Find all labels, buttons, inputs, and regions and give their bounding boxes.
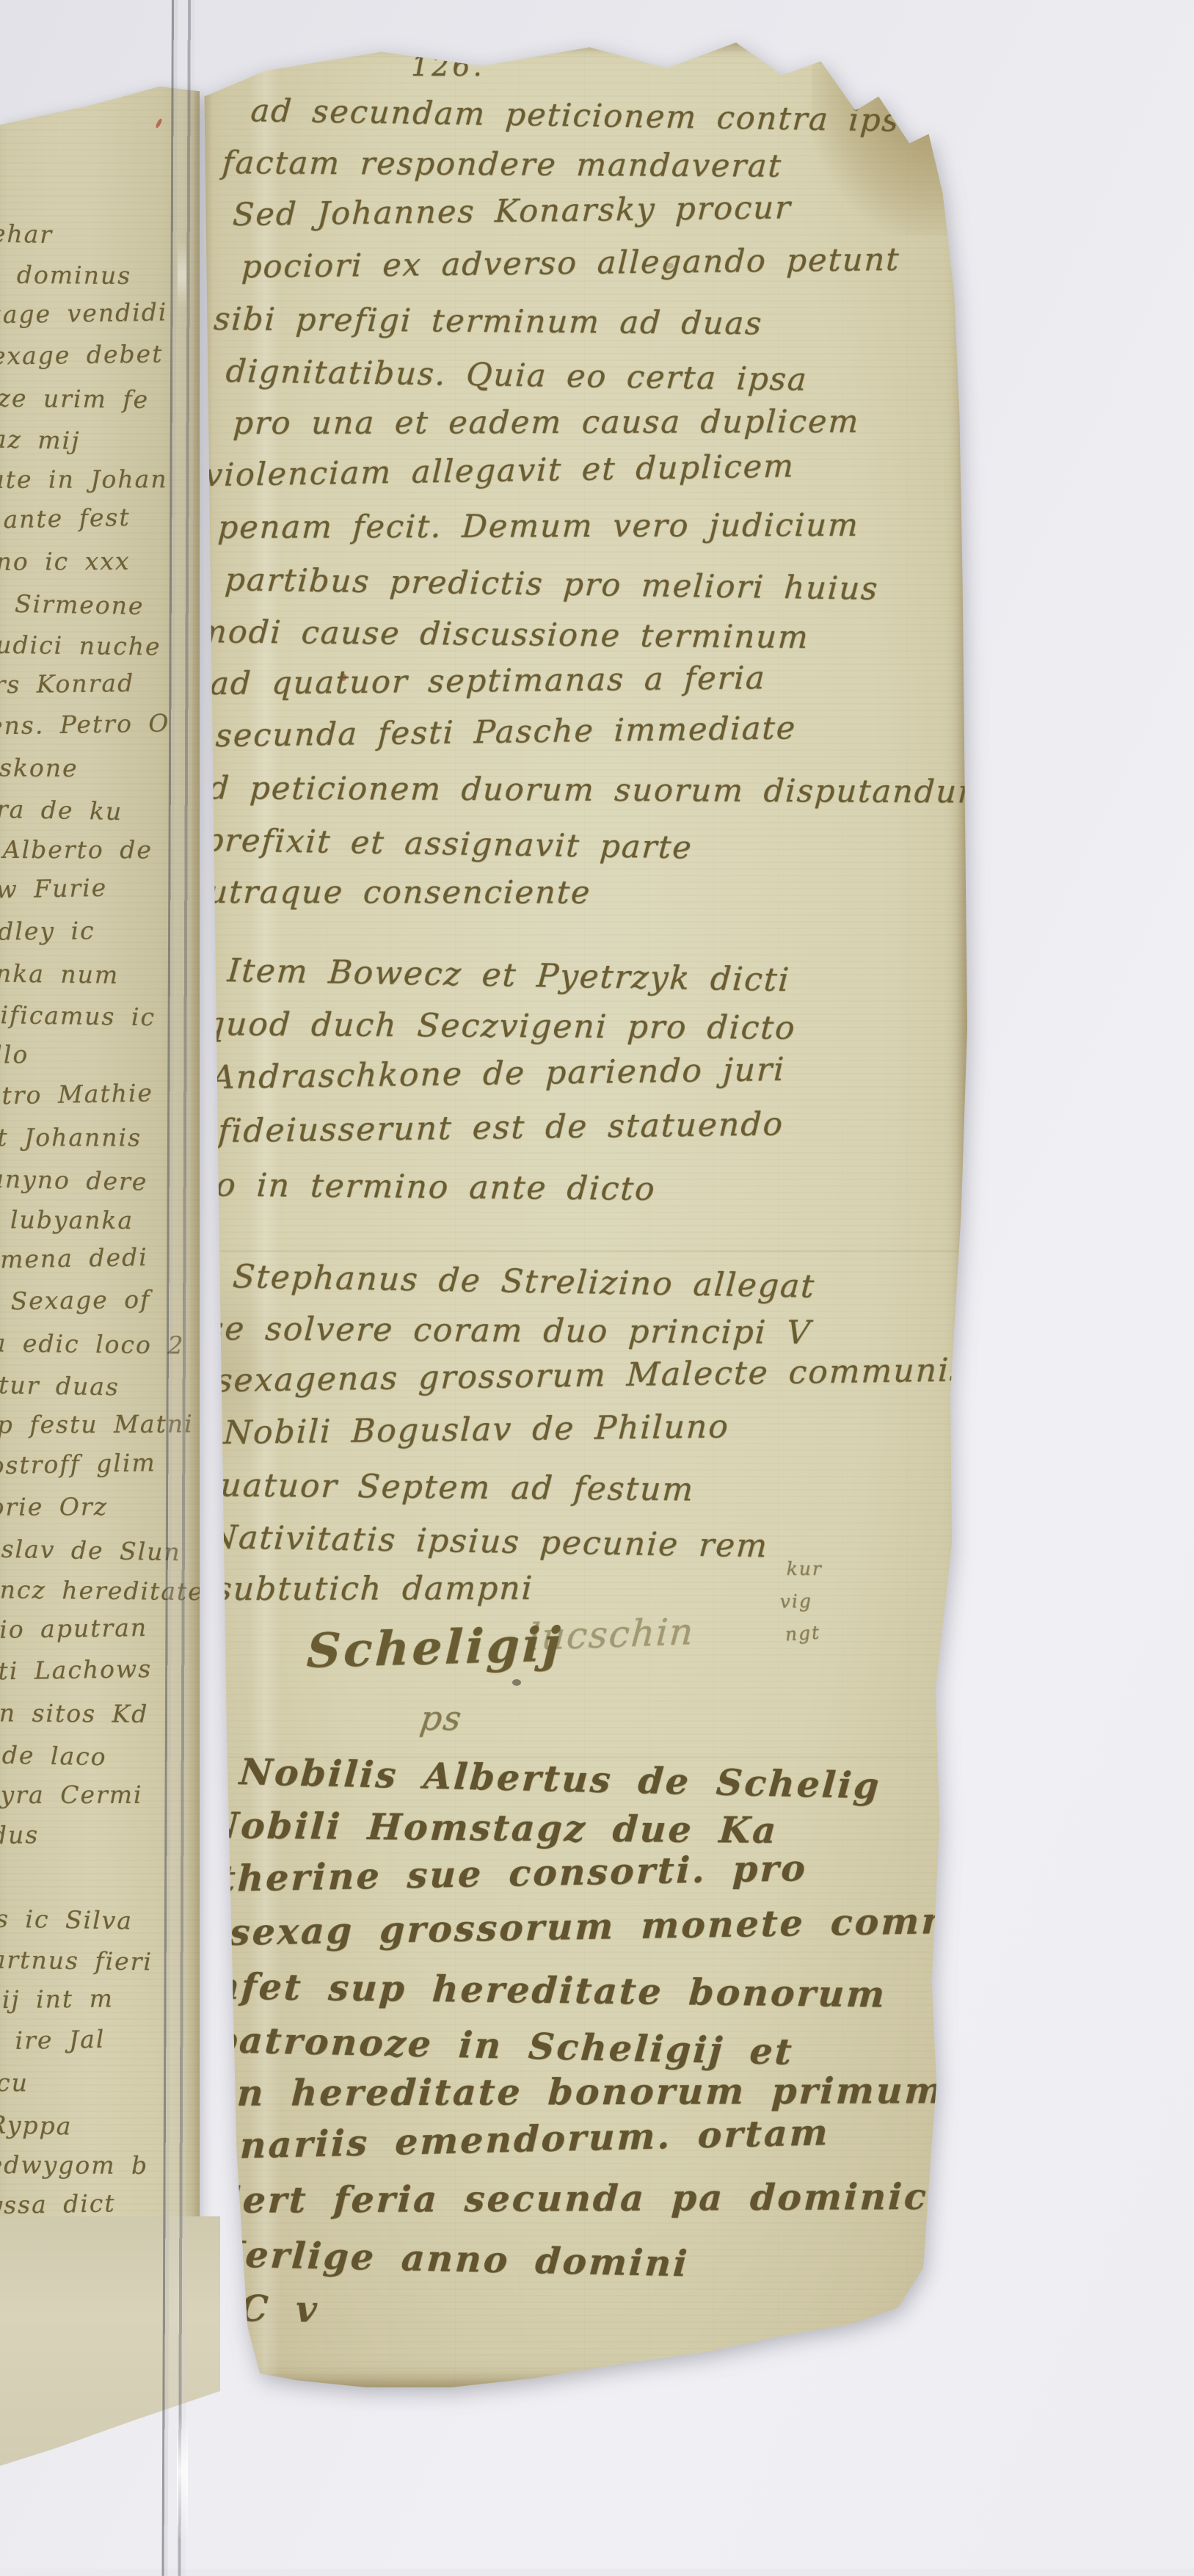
margin-note-line: kur bbox=[787, 1553, 823, 1585]
paragraph-entry-2: Item Bowecz et Pyetrzyk dictiquod duch S… bbox=[204, 944, 810, 1212]
page-number: 126. bbox=[411, 50, 485, 82]
manuscript-line: XXC v bbox=[178, 2281, 1007, 2346]
manuscript-line-fragment: et et Johannis bbox=[0, 1117, 181, 1159]
manuscript-line-fragment: ding dominus bbox=[0, 254, 183, 296]
manuscript-line-fragment: Majorie Orz bbox=[0, 1486, 181, 1528]
right-page-paper: 126. ad secundam peticionem contra ipsum… bbox=[197, 43, 967, 2387]
manuscript-line: pociori ex adverso allegando petunt bbox=[241, 233, 1044, 294]
manuscript-line: Nobili Boguslav de Philuno bbox=[222, 1397, 977, 1459]
manuscript-line: secunda festi Pasche immediate bbox=[214, 699, 1018, 763]
manuscript-line: Andraschkone de pariendo juri bbox=[211, 1042, 805, 1105]
strip-reflection-bottom bbox=[177, 2415, 188, 2539]
paragraph-entry-1: ad secundam peticionem contra ipsum sefa… bbox=[195, 85, 1040, 919]
manuscript-line-fragment: na Ryppa bbox=[0, 2103, 182, 2149]
margin-note-line: ngt bbox=[784, 1616, 822, 1651]
manuscript-line: sibi prefigi terminum ad duas bbox=[212, 294, 1016, 352]
manuscript-line-fragment: thonio aputran bbox=[0, 1607, 181, 1651]
manuscript-line: Sed Johannes Konarsky procur bbox=[232, 179, 1035, 241]
red-fiber-fleck bbox=[155, 118, 163, 129]
strip-reflection-top bbox=[178, 242, 186, 308]
manuscript-line-fragment: itta de laco bbox=[0, 1733, 181, 1779]
manuscript-line-fragment: n Jaskone bbox=[0, 747, 182, 790]
manuscript-line-fragment bbox=[0, 1855, 181, 1898]
manuscript-line-fragment: uco ante fest bbox=[0, 496, 182, 542]
manuscript-line: fideiusserunt est de statuendo bbox=[217, 1097, 812, 1158]
manuscript-line: utraque consenciente bbox=[206, 867, 1010, 920]
right-page: 126. ad secundam peticionem contra ipsum… bbox=[197, 43, 967, 2387]
paragraph-entry-3: Stephanus de Strelizino allegatse solver… bbox=[203, 1251, 974, 1615]
entry-heading-side-word: lucschin bbox=[527, 1610, 696, 1659]
entry-heading: Scheligij bbox=[305, 1617, 564, 1678]
manuscript-line-fragment: goramena dedi bbox=[0, 1236, 181, 1281]
manuscript-line: quatuor Septem ad festum bbox=[197, 1459, 951, 1518]
manuscript-line: ad peticionem duorum suorum disputandum bbox=[187, 763, 991, 819]
manuscript-line-fragment: firmze urim fe bbox=[0, 377, 183, 421]
manuscript-line: ylert feria secunda pa dominica bbox=[203, 2169, 1032, 2227]
manuscript-line: eo in termino ante dicto bbox=[194, 1158, 789, 1218]
manuscript-line-fragment: ro Judici nuche bbox=[0, 624, 182, 668]
manuscript-line: subtutich dampni bbox=[214, 1561, 968, 1615]
manuscript-line-fragment: Significamus ic bbox=[0, 994, 181, 1038]
manuscript-line: penam fecit. Demum vero judicium bbox=[216, 499, 1020, 554]
margin-note: kurvigngt bbox=[782, 1552, 822, 1651]
manuscript-line-fragment: uvaiw Furie bbox=[0, 866, 181, 912]
manuscript-line: infet sup hereditate bonorum bbox=[195, 1960, 1024, 2023]
manuscript-line-fragment: Okulij int m bbox=[0, 1977, 181, 2021]
margin-note-line: vig bbox=[779, 1585, 816, 1618]
heading-flourish: ps bbox=[418, 1698, 465, 1738]
manuscript-line-fragment: tenetur duas bbox=[0, 1364, 181, 1409]
paragraph-entry-4: Nobilis Albertus de ScheligNobili Homsta… bbox=[194, 1745, 1052, 2335]
manuscript-line: sexagenas grossorum Malecte communis bbox=[215, 1344, 969, 1407]
fox-spot bbox=[512, 1679, 521, 1686]
